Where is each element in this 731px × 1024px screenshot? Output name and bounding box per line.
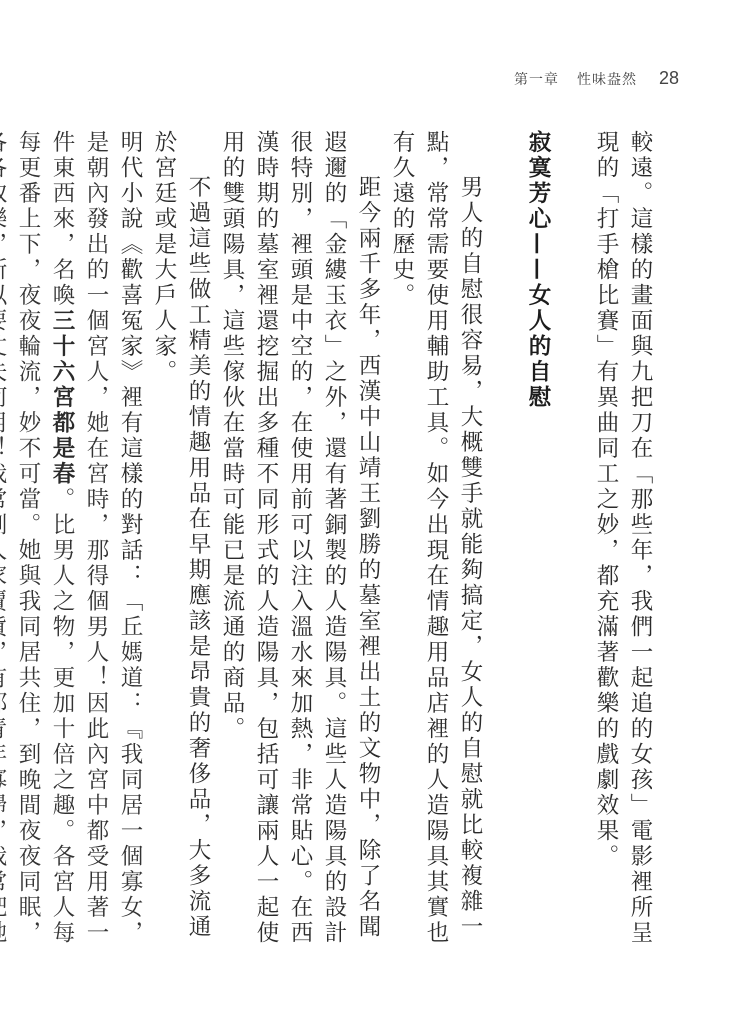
paragraph-continuation: 較遠。這樣的畫面與九把刀在「那些年，我們一起追的女孩」電影裡所呈現的「打手槍比賽…: [589, 130, 657, 960]
paragraph-male-female: 男人的自慰很容易，大概雙手就能夠搞定，女人的自慰就比較複雜一點，常常需要使用輔助…: [385, 130, 487, 960]
running-header: 第一章 性味盎然 28: [514, 68, 679, 89]
paragraph-western-han: 距今兩千多年，西漢中山靖王劉勝的墓室裡出土的文物中，除了名聞遐邇的「金縷玉衣」之…: [215, 130, 385, 960]
quote-intro: 明代小說《歡喜冤家》裡有這樣的對話：「: [117, 130, 143, 615]
chapter-label: 第一章: [514, 69, 559, 89]
vertical-body-text: 較遠。這樣的畫面與九把刀在「那些年，我們一起追的女孩」電影裡所呈現的「打手槍比賽…: [0, 130, 657, 960]
section-heading: 寂寞芳心——女人的自慰: [521, 130, 555, 960]
paragraph-luxury-goods: 不過這些做工精美的情趣用品在早期應該是昂貴的奢侈品，大多流通於宮廷或是大戶人家。: [147, 130, 215, 960]
chapter-title: 性味盎然: [577, 69, 637, 89]
quote-emphasis: 三十六宮都是春: [49, 309, 75, 488]
paragraph-ming-novel: 明代小說《歡喜冤家》裡有這樣的對話：「丘媽道：『我同居一個寡女，是朝內發出的一個…: [0, 130, 147, 960]
page-number: 28: [659, 68, 679, 89]
